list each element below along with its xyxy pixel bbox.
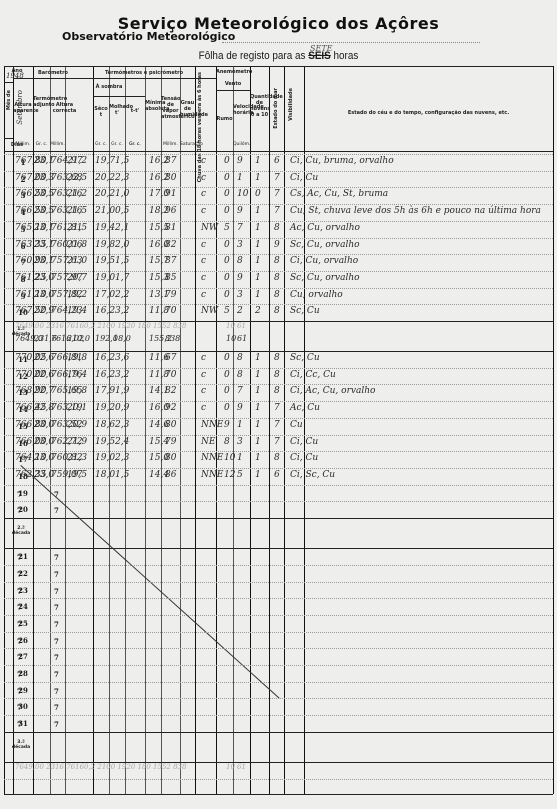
row-rule bbox=[4, 715, 553, 716]
sub-rule bbox=[13, 78, 216, 79]
printed-prefix: 7 bbox=[54, 653, 59, 662]
row-humidade: 70 bbox=[165, 370, 205, 380]
observatory-fill-line bbox=[222, 42, 480, 43]
printed-prefix: 7 bbox=[17, 687, 22, 696]
printed-prefix: 7 bbox=[17, 720, 22, 729]
table-bottom-rule bbox=[4, 794, 553, 795]
observation-text: Ci, Cc, Cu bbox=[290, 370, 336, 380]
row-rule bbox=[4, 632, 553, 633]
row-humidade: 70 bbox=[165, 306, 205, 316]
row-rule bbox=[4, 732, 553, 733]
row-estado-mar: 0 bbox=[255, 189, 275, 199]
printed-prefix: 7 bbox=[54, 587, 59, 596]
observation-text: Sc, Cu bbox=[290, 306, 320, 316]
row-humidade: 67 bbox=[165, 353, 205, 363]
row-rule bbox=[4, 582, 553, 583]
printed-prefix: 7 bbox=[54, 603, 59, 612]
printed-prefix: 7 bbox=[17, 570, 22, 579]
decade-3-label: 3.ª década bbox=[10, 740, 32, 750]
row-humidade: 91 bbox=[165, 189, 205, 199]
register-table: Ano1948Mês deSetembroDiasBarómetroAltura… bbox=[4, 66, 557, 794]
row-rule bbox=[4, 435, 553, 436]
row-estado-mar: 1 bbox=[255, 223, 275, 233]
row-rule bbox=[4, 351, 553, 352]
observation-text: Sc, Cu, orvalho bbox=[290, 240, 360, 250]
row-humidade: 92 bbox=[165, 403, 205, 413]
row-estado-mar: 1 bbox=[255, 403, 275, 413]
humidade-header: Grau de humidade bbox=[180, 100, 195, 118]
decade-1-vel: 10 bbox=[226, 322, 235, 330]
minima-header: Mínima absoluta bbox=[145, 100, 161, 112]
row-estado-mar: 1 bbox=[255, 420, 275, 430]
unit-label: Gr. c. bbox=[33, 142, 50, 148]
printed-prefix: 7 bbox=[54, 703, 59, 712]
row-estado-mar: 1 bbox=[255, 156, 275, 166]
nuvens-header: Quantidade de nuvens 0 a 10 bbox=[250, 94, 269, 118]
unit-label: Millim. bbox=[50, 142, 65, 148]
printed-prefix: 7 bbox=[54, 687, 59, 696]
row-rule bbox=[4, 238, 553, 239]
observation-text: Cu, St, chuva leve dos 5h às 6h e pouco … bbox=[290, 206, 541, 216]
row-rule bbox=[4, 485, 553, 486]
row-rule bbox=[4, 565, 553, 566]
observation-text: Ac, Cu bbox=[290, 403, 320, 413]
row-humidade: 86 bbox=[165, 470, 205, 480]
row-humidade: 81 bbox=[165, 223, 205, 233]
row-estado-mar: 1 bbox=[255, 206, 275, 216]
row-estado-mar: 1 bbox=[255, 470, 275, 480]
printed-prefix: 7 bbox=[17, 703, 22, 712]
decade-1-total-hum: 838 bbox=[165, 334, 180, 343]
rumo-header: Rumo bbox=[216, 116, 233, 122]
printed-prefix: 7 bbox=[17, 506, 22, 515]
decade-1-faint: 7649,00 2316 76160,2 2100 1920 180 1552 … bbox=[15, 322, 186, 330]
seco-header: Sêco t bbox=[93, 106, 109, 118]
printed-prefix: 7 bbox=[54, 720, 59, 729]
sub-rule bbox=[4, 82, 13, 83]
row-rule bbox=[4, 501, 553, 502]
thermometers-header: Termómetros e psicrómetro bbox=[93, 70, 195, 76]
vento-header: Vento bbox=[216, 81, 250, 87]
row-rule bbox=[4, 187, 553, 188]
row-estado-mar: 1 bbox=[255, 437, 275, 447]
altura-correcta-header: Altura correcta bbox=[50, 102, 79, 114]
observation-text: Ci, Cu bbox=[290, 173, 318, 183]
decade-3-vel: 10 bbox=[226, 763, 235, 771]
row-estado-mar: 1 bbox=[255, 290, 275, 300]
observation-text: Cs, Ac, Cu, St, bruma bbox=[290, 189, 388, 199]
observation-text: Ci, Sc, Cu bbox=[290, 470, 335, 480]
printed-prefix: 7 bbox=[17, 620, 22, 629]
row-rule bbox=[4, 271, 553, 272]
row-humidade: 80 bbox=[165, 173, 205, 183]
row-humidade: 80 bbox=[165, 453, 205, 463]
row-rule bbox=[4, 779, 553, 780]
row-rule bbox=[4, 682, 553, 683]
header-bottom-rule bbox=[4, 151, 553, 152]
printed-prefix: 7 bbox=[54, 670, 59, 679]
tensao-header: Tensão de vapor atmosférico bbox=[161, 96, 180, 120]
row-estado-mar: 1 bbox=[255, 173, 275, 183]
anemometro-header: Anemómetro bbox=[216, 69, 250, 75]
row-rule bbox=[4, 401, 553, 402]
row-rule bbox=[4, 254, 553, 255]
observation-text: Ci, Cu, bruma, orvalho bbox=[290, 156, 394, 166]
row-humidade: 87 bbox=[165, 256, 205, 266]
printed-prefix: 7 bbox=[17, 587, 22, 596]
row-rule bbox=[4, 548, 553, 549]
row-rule bbox=[4, 518, 553, 519]
t-diff-header: t-t' bbox=[125, 108, 145, 114]
decade-3-nuv: 61 bbox=[237, 763, 246, 771]
unit-label: Millim. bbox=[161, 142, 180, 148]
decade-1-total-seco: 210,0 bbox=[67, 334, 90, 343]
row-rule bbox=[4, 368, 553, 369]
barometer-header: Barómetro bbox=[13, 70, 93, 76]
row-estado-mar: 1 bbox=[255, 256, 275, 266]
row-rule bbox=[4, 648, 553, 649]
row-estado-mar: 1 bbox=[255, 240, 275, 250]
printed-prefix: 7 bbox=[54, 570, 59, 579]
printed-prefix: 7 bbox=[17, 637, 22, 646]
molhado-header: Molhado t' bbox=[109, 104, 125, 116]
row-rule bbox=[4, 288, 553, 289]
header-top-rule bbox=[4, 66, 553, 67]
row-humidade: 85 bbox=[165, 273, 205, 283]
observation-text: Cu bbox=[290, 420, 303, 430]
printed-prefix: 7 bbox=[54, 553, 59, 562]
column-rule bbox=[4, 66, 5, 794]
observation-text: Ci, Ac, Cu, orvalho bbox=[290, 386, 375, 396]
sheet-prefix: Fôlha de registo para as bbox=[199, 50, 306, 62]
unit-label: Gr. c. bbox=[93, 142, 109, 148]
observation-text: Sc, Cu, orvalho bbox=[290, 273, 360, 283]
row-humidade: 79 bbox=[165, 437, 205, 447]
printed-prefix: 7 bbox=[17, 670, 22, 679]
row-humidade: 87 bbox=[165, 156, 205, 166]
observation-text: Ac, Cu, orvalho bbox=[290, 223, 360, 233]
row-humidade: 80 bbox=[165, 420, 205, 430]
observation-text: Ci, Cu bbox=[290, 453, 318, 463]
printed-prefix: 7 bbox=[17, 553, 22, 562]
row-rule bbox=[4, 221, 553, 222]
unit-label: Quilóm. bbox=[233, 142, 250, 148]
observation-text: Ci, Cu, orvalho bbox=[290, 256, 358, 266]
sub-rule bbox=[4, 138, 13, 139]
row-rule bbox=[4, 304, 553, 305]
row-rule bbox=[4, 451, 553, 452]
unit-label: Gr. c. bbox=[109, 142, 125, 148]
row-rule bbox=[4, 665, 553, 666]
sub-rule bbox=[93, 96, 145, 97]
row-humidade: 82 bbox=[165, 240, 205, 250]
row-rule bbox=[4, 615, 553, 616]
observation-text: Cu, orvalho bbox=[290, 290, 343, 300]
unit-label: Saturação bbox=[180, 142, 195, 148]
decade-1-total-nuv: 61 bbox=[237, 334, 247, 343]
row-rule bbox=[4, 598, 553, 599]
decade-1-nuv: 61 bbox=[237, 322, 246, 330]
row-rule bbox=[4, 171, 553, 172]
column-rule bbox=[13, 66, 14, 794]
observatory-label: Observatório Meteorológico bbox=[62, 30, 235, 43]
decade-1-total-diff: 18,0 bbox=[113, 334, 131, 343]
sheet-hour-line: Fôlha de registo para as SEIS horas bbox=[28, 50, 529, 62]
estado-ceu-header: Estado do céu e do tempo, configuração d… bbox=[304, 110, 553, 116]
row-rule bbox=[4, 418, 553, 419]
decade-3-faint: 7649,00 2316 76160,2 2100 1920 180 1552 … bbox=[15, 763, 186, 771]
printed-prefix: 7 bbox=[54, 506, 59, 515]
printed-prefix: 7 bbox=[54, 637, 59, 646]
row-humidade: 82 bbox=[165, 386, 205, 396]
row-rule bbox=[4, 698, 553, 699]
unit-label: Gr. c. bbox=[125, 142, 145, 148]
observation-text: Ci, Cu bbox=[290, 437, 318, 447]
sheet-suffix: horas bbox=[334, 50, 359, 62]
row-rule bbox=[4, 204, 553, 205]
observation-text: Sc, Cu bbox=[290, 353, 320, 363]
a-sombra-header: À sombra bbox=[93, 84, 125, 90]
row-estado-mar: 1 bbox=[255, 453, 275, 463]
row-estado-mar: 1 bbox=[255, 370, 275, 380]
row-rule bbox=[4, 384, 553, 385]
row-estado-mar: 1 bbox=[255, 386, 275, 396]
row-humidade: 96 bbox=[165, 206, 205, 216]
decade-2-label: 2.ª década bbox=[10, 526, 32, 536]
column-rule bbox=[553, 66, 554, 794]
sheet-hour-handwritten: SETE bbox=[310, 44, 333, 53]
printed-prefix: 7 bbox=[54, 620, 59, 629]
printed-prefix: 7 bbox=[17, 603, 22, 612]
row-estado-mar: 2 bbox=[255, 306, 275, 316]
row-estado-mar: 1 bbox=[255, 273, 275, 283]
sub-rule bbox=[216, 90, 250, 91]
termometro-adjunto-header: Termómetro adjunto bbox=[33, 96, 50, 108]
row-rule bbox=[4, 154, 553, 155]
altura-aparente-header: Altura aparente bbox=[13, 102, 33, 114]
decade-1-total-vel: 10 bbox=[226, 334, 236, 343]
velocidade-header: Velocidade horária bbox=[233, 104, 250, 116]
visibilidade-header: Visibilidade bbox=[288, 88, 298, 121]
estado-mar-header: Estado do mar bbox=[273, 88, 283, 129]
row-rule bbox=[4, 468, 553, 469]
unit-label: Millim. bbox=[13, 142, 33, 148]
row-humidade: 79 bbox=[165, 290, 205, 300]
printed-prefix: 7 bbox=[17, 653, 22, 662]
row-estado-mar: 1 bbox=[255, 353, 275, 363]
printed-prefix: 7 bbox=[17, 490, 22, 499]
